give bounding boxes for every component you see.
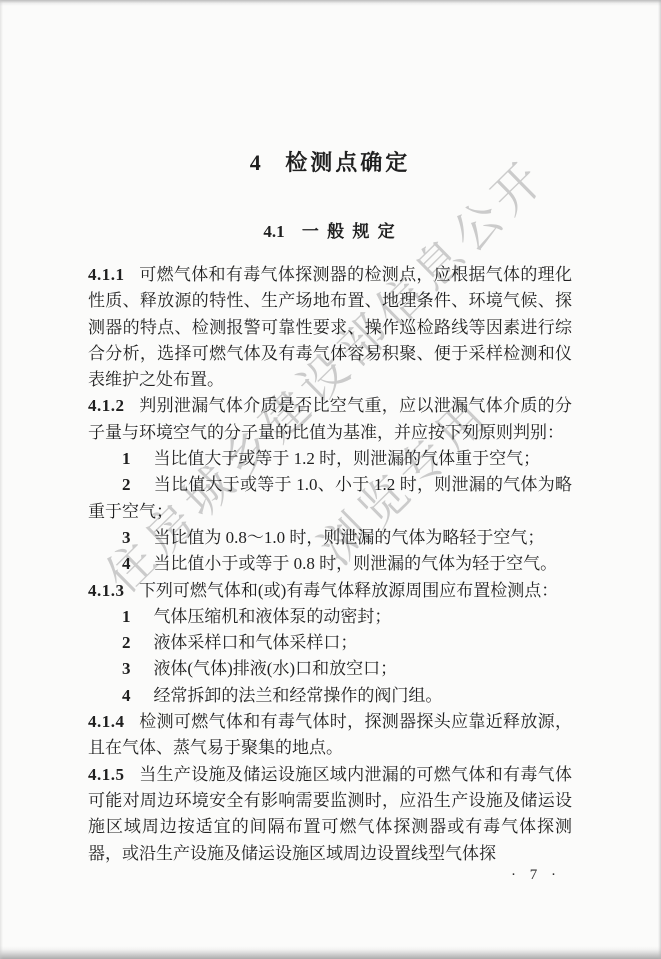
item-text: 经常拆卸的法兰和经常操作的阀门组。 [153, 686, 442, 705]
item-number: 1 [122, 607, 131, 626]
scan-edge-bottom [0, 946, 661, 959]
body-text: 4.1.1可燃气体和有毒气体探测器的检测点，应根据气体的理化性质、释放源的特性、… [88, 262, 572, 867]
page-number: · 7 · [511, 867, 561, 884]
clause-number: 4.1.4 [88, 712, 125, 731]
item-text: 液体采样口和气体采样口； [153, 633, 357, 652]
clause-number: 4.1.1 [88, 265, 125, 284]
clause-number: 4.1.2 [88, 396, 125, 415]
clause-4-1-2-item-3: 3当比值为 0.8～1.0 时，则泄漏的气体为略轻于空气； [88, 525, 572, 551]
item-number: 3 [122, 528, 131, 547]
clause-4-1-2-item-1: 1当比值大于或等于 1.2 时，则泄漏的气体重于空气； [88, 446, 572, 472]
section-heading: 4.1 一 般 规 定 [88, 220, 572, 244]
clause-4-1-2-item-2: 2当比值大于或等于 1.0、小于 1.2 时，则泄漏的气体为略重于空气； [88, 472, 572, 525]
item-number: 2 [122, 633, 131, 652]
item-number: 3 [122, 659, 131, 678]
item-text: 当比值大于或等于 1.2 时，则泄漏的气体重于空气； [153, 449, 540, 468]
chapter-title: 检测点确定 [285, 150, 410, 175]
clause-4-1-5: 4.1.5当生产设施及储运设施区域内泄漏的可燃气体和有毒气体可能对周边环境安全有… [88, 762, 572, 867]
clause-text: 下列可燃气体和(或)有毒气体释放源周围应布置检测点： [139, 581, 558, 600]
section-title: 一 般 规 定 [302, 222, 397, 241]
clause-text: 当生产设施及储运设施区域内泄漏的可燃气体和有毒气体可能对周边环境安全有影响需要监… [88, 765, 572, 863]
item-text: 当比值小于或等于 0.8 时，则泄漏的气体为轻于空气。 [153, 554, 557, 573]
item-text: 液体(气体)排液(水)口和放空口； [153, 659, 397, 678]
clause-4-1-3-item-3: 3液体(气体)排液(水)口和放空口； [88, 656, 572, 682]
clause-4-1-3-item-2: 2液体采样口和气体采样口； [88, 630, 572, 656]
item-number: 2 [122, 475, 131, 494]
clause-number: 4.1.3 [88, 581, 125, 600]
item-number: 4 [122, 554, 131, 573]
chapter-heading: 4 检测点确定 [88, 148, 572, 178]
section-number: 4.1 [263, 222, 284, 241]
clause-4-1-2: 4.1.2判别泄漏气体介质是否比空气重，应以泄漏气体介质的分子量与环境空气的分子… [88, 393, 572, 446]
clause-number: 4.1.5 [88, 765, 125, 784]
chapter-number: 4 [250, 150, 261, 175]
clause-4-1-3-item-4: 4经常拆卸的法兰和经常操作的阀门组。 [88, 683, 572, 709]
item-text: 气体压缩机和液体泵的动密封； [153, 607, 391, 626]
clause-text: 判别泄漏气体介质是否比空气重，应以泄漏气体介质的分子量与环境空气的分子量的比值为… [88, 396, 572, 441]
scan-edge-top [0, 0, 661, 6]
scanned-document-page: 住房城乡建设部信息公开 浏览专用 4 检测点确定 4.1 一 般 规 定 4.1… [0, 0, 661, 959]
item-text: 当比值大于或等于 1.0、小于 1.2 时，则泄漏的气体为略重于空气； [88, 475, 572, 520]
clause-text: 可燃气体和有毒气体探测器的检测点，应根据气体的理化性质、释放源的特性、生产场地布… [88, 265, 572, 389]
clause-4-1-1: 4.1.1可燃气体和有毒气体探测器的检测点，应根据气体的理化性质、释放源的特性、… [88, 262, 572, 393]
clause-text: 检测可燃气体和有毒气体时，探测器探头应靠近释放源，且在气体、蒸气易于聚集的地点。 [88, 712, 572, 757]
clause-4-1-4: 4.1.4检测可燃气体和有毒气体时，探测器探头应靠近释放源，且在气体、蒸气易于聚… [88, 709, 572, 762]
clause-4-1-3: 4.1.3下列可燃气体和(或)有毒气体释放源周围应布置检测点： [88, 578, 572, 604]
item-number: 1 [122, 449, 131, 468]
clause-4-1-2-item-4: 4当比值小于或等于 0.8 时，则泄漏的气体为轻于空气。 [88, 551, 572, 577]
item-text: 当比值为 0.8～1.0 时，则泄漏的气体为略轻于空气； [153, 528, 544, 547]
page-content: 4 检测点确定 4.1 一 般 规 定 4.1.1可燃气体和有毒气体探测器的检测… [88, 148, 572, 867]
item-number: 4 [122, 686, 131, 705]
scan-edge-left [0, 0, 3, 959]
clause-4-1-3-item-1: 1气体压缩机和液体泵的动密封； [88, 604, 572, 630]
